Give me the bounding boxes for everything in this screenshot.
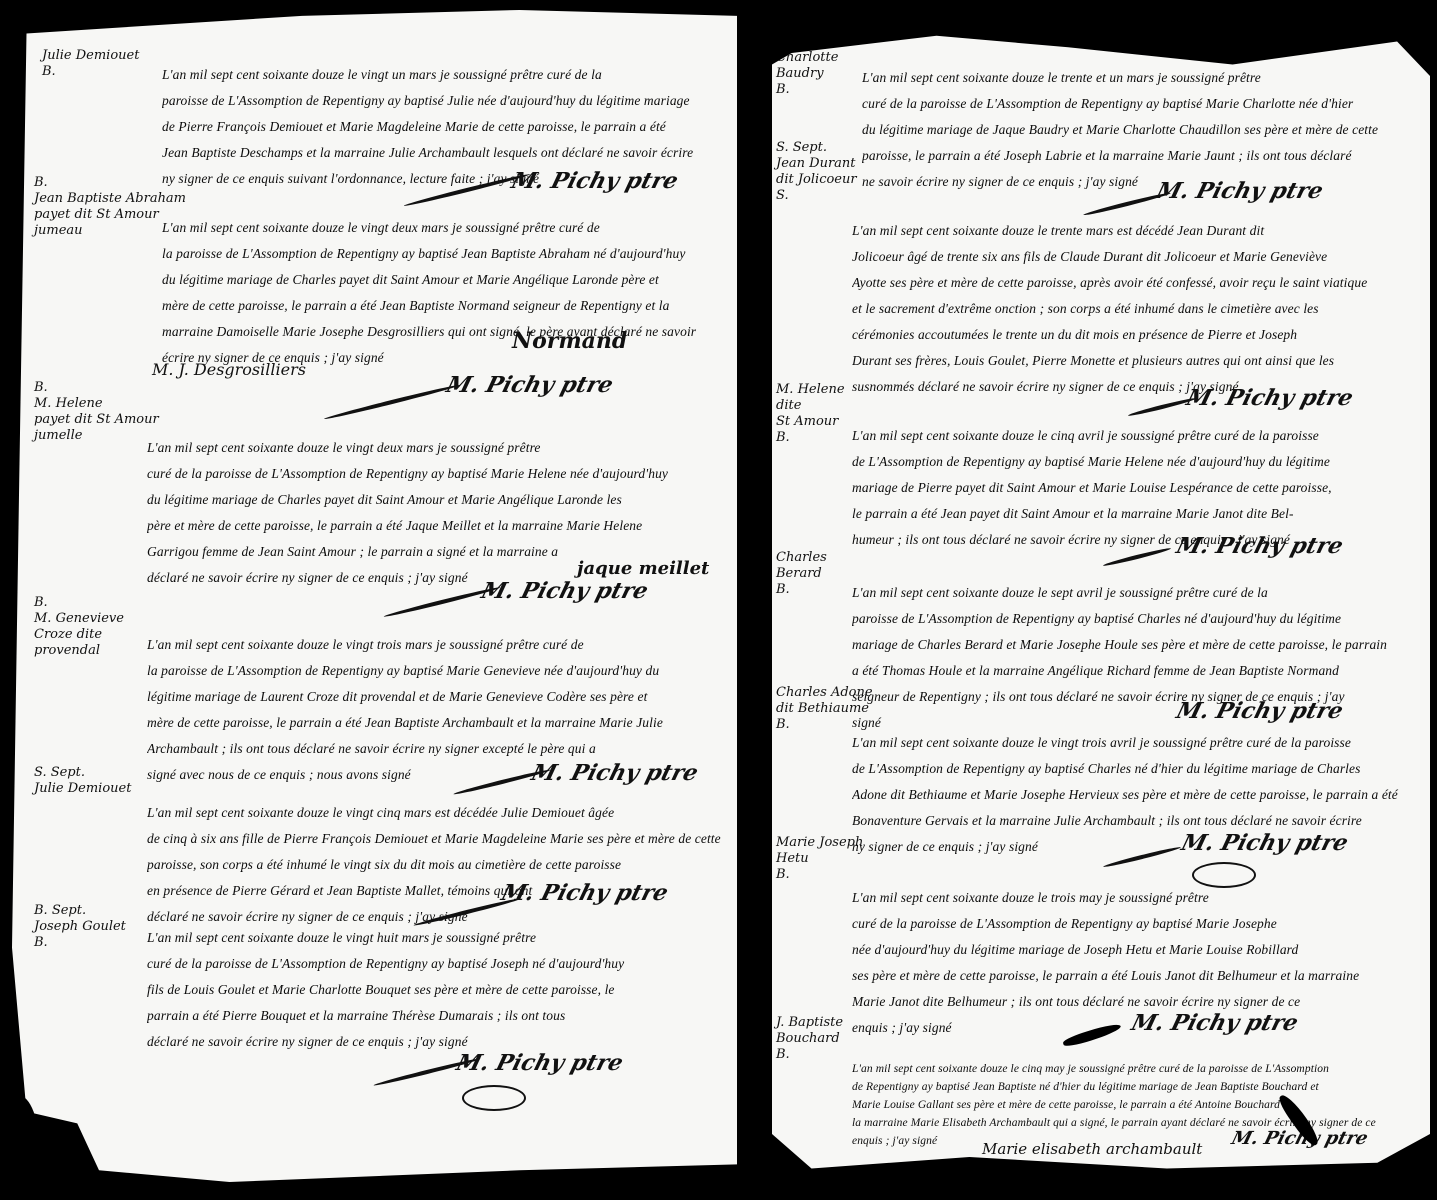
left-page: Julie Demiouet B. B. Jean Baptiste Abrah… [12, 10, 737, 1182]
register-entry: L'an mil sept cent soixante douze le vin… [147, 800, 732, 930]
margin-note: B. M. Helene payet dit St Amour jumelle [34, 380, 159, 444]
margin-note: B. M. Genevieve Croze dite provendal [34, 595, 124, 659]
priest-signature: M. Pichy ptre [1174, 533, 1347, 559]
priest-signature: M. Pichy ptre [1174, 698, 1347, 724]
margin-note: J. Baptiste Bouchard B. [776, 1015, 843, 1063]
witness-signature: M. J. Desgrosilliers [152, 360, 306, 379]
priest-signature: M. Pichy ptre [509, 168, 682, 194]
priest-signature: M. Pichy ptre [479, 578, 652, 604]
margin-note: Julie Demiouet B. [42, 48, 139, 80]
margin-note: Marie Joseph Hetu B. [776, 835, 863, 883]
page-mark: + [1077, 30, 1092, 51]
register-entry: L'an mil sept cent soixante douze le tre… [862, 65, 1422, 195]
register-entry: L'an mil sept cent soixante douze le vin… [147, 925, 732, 1055]
margin-note: S. Sept. Jean Durant dit Jolicoeur S. [776, 140, 857, 204]
register-entry: L'an mil sept cent soixante douze le tre… [852, 218, 1422, 400]
margin-note: Charles Berard B. [776, 550, 827, 598]
paraph-loop [462, 1085, 526, 1111]
margin-note: B. Sept. Joseph Goulet B. [34, 903, 126, 951]
witness-signature: Normand [512, 328, 627, 354]
margin-note: M. Helene dite St Amour B. [776, 382, 845, 446]
margin-note: S. Sept. Julie Demiouet [34, 765, 131, 797]
witness-signature: Marie elisabeth archambault [982, 1140, 1202, 1158]
witness-signature: jaque meillet [577, 558, 709, 579]
priest-signature: M. Pichy ptre [1184, 385, 1357, 411]
book-gutter [737, 0, 772, 1200]
right-page: Charlotte Baudry B. S. Sept. Jean Durant… [772, 30, 1430, 1180]
priest-signature: M. Pichy ptre [454, 1050, 627, 1076]
priest-signature: M. Pichy ptre [1154, 178, 1327, 204]
priest-signature: M. Pichy ptre [529, 760, 702, 786]
register-entry: L'an mil sept cent soixante douze le vin… [162, 215, 732, 371]
priest-signature: M. Pichy ptre [499, 880, 672, 906]
priest-signature: M. Pichy ptre [1129, 1010, 1302, 1036]
priest-signature: M. Pichy ptre [1179, 830, 1352, 856]
priest-signature: M. Pichy ptre [444, 372, 617, 398]
signature-flourish [324, 383, 461, 421]
margin-note: Charlotte Baudry B. [776, 50, 838, 98]
scanned-register-spread: Julie Demiouet B. B. Jean Baptiste Abrah… [0, 0, 1437, 1200]
